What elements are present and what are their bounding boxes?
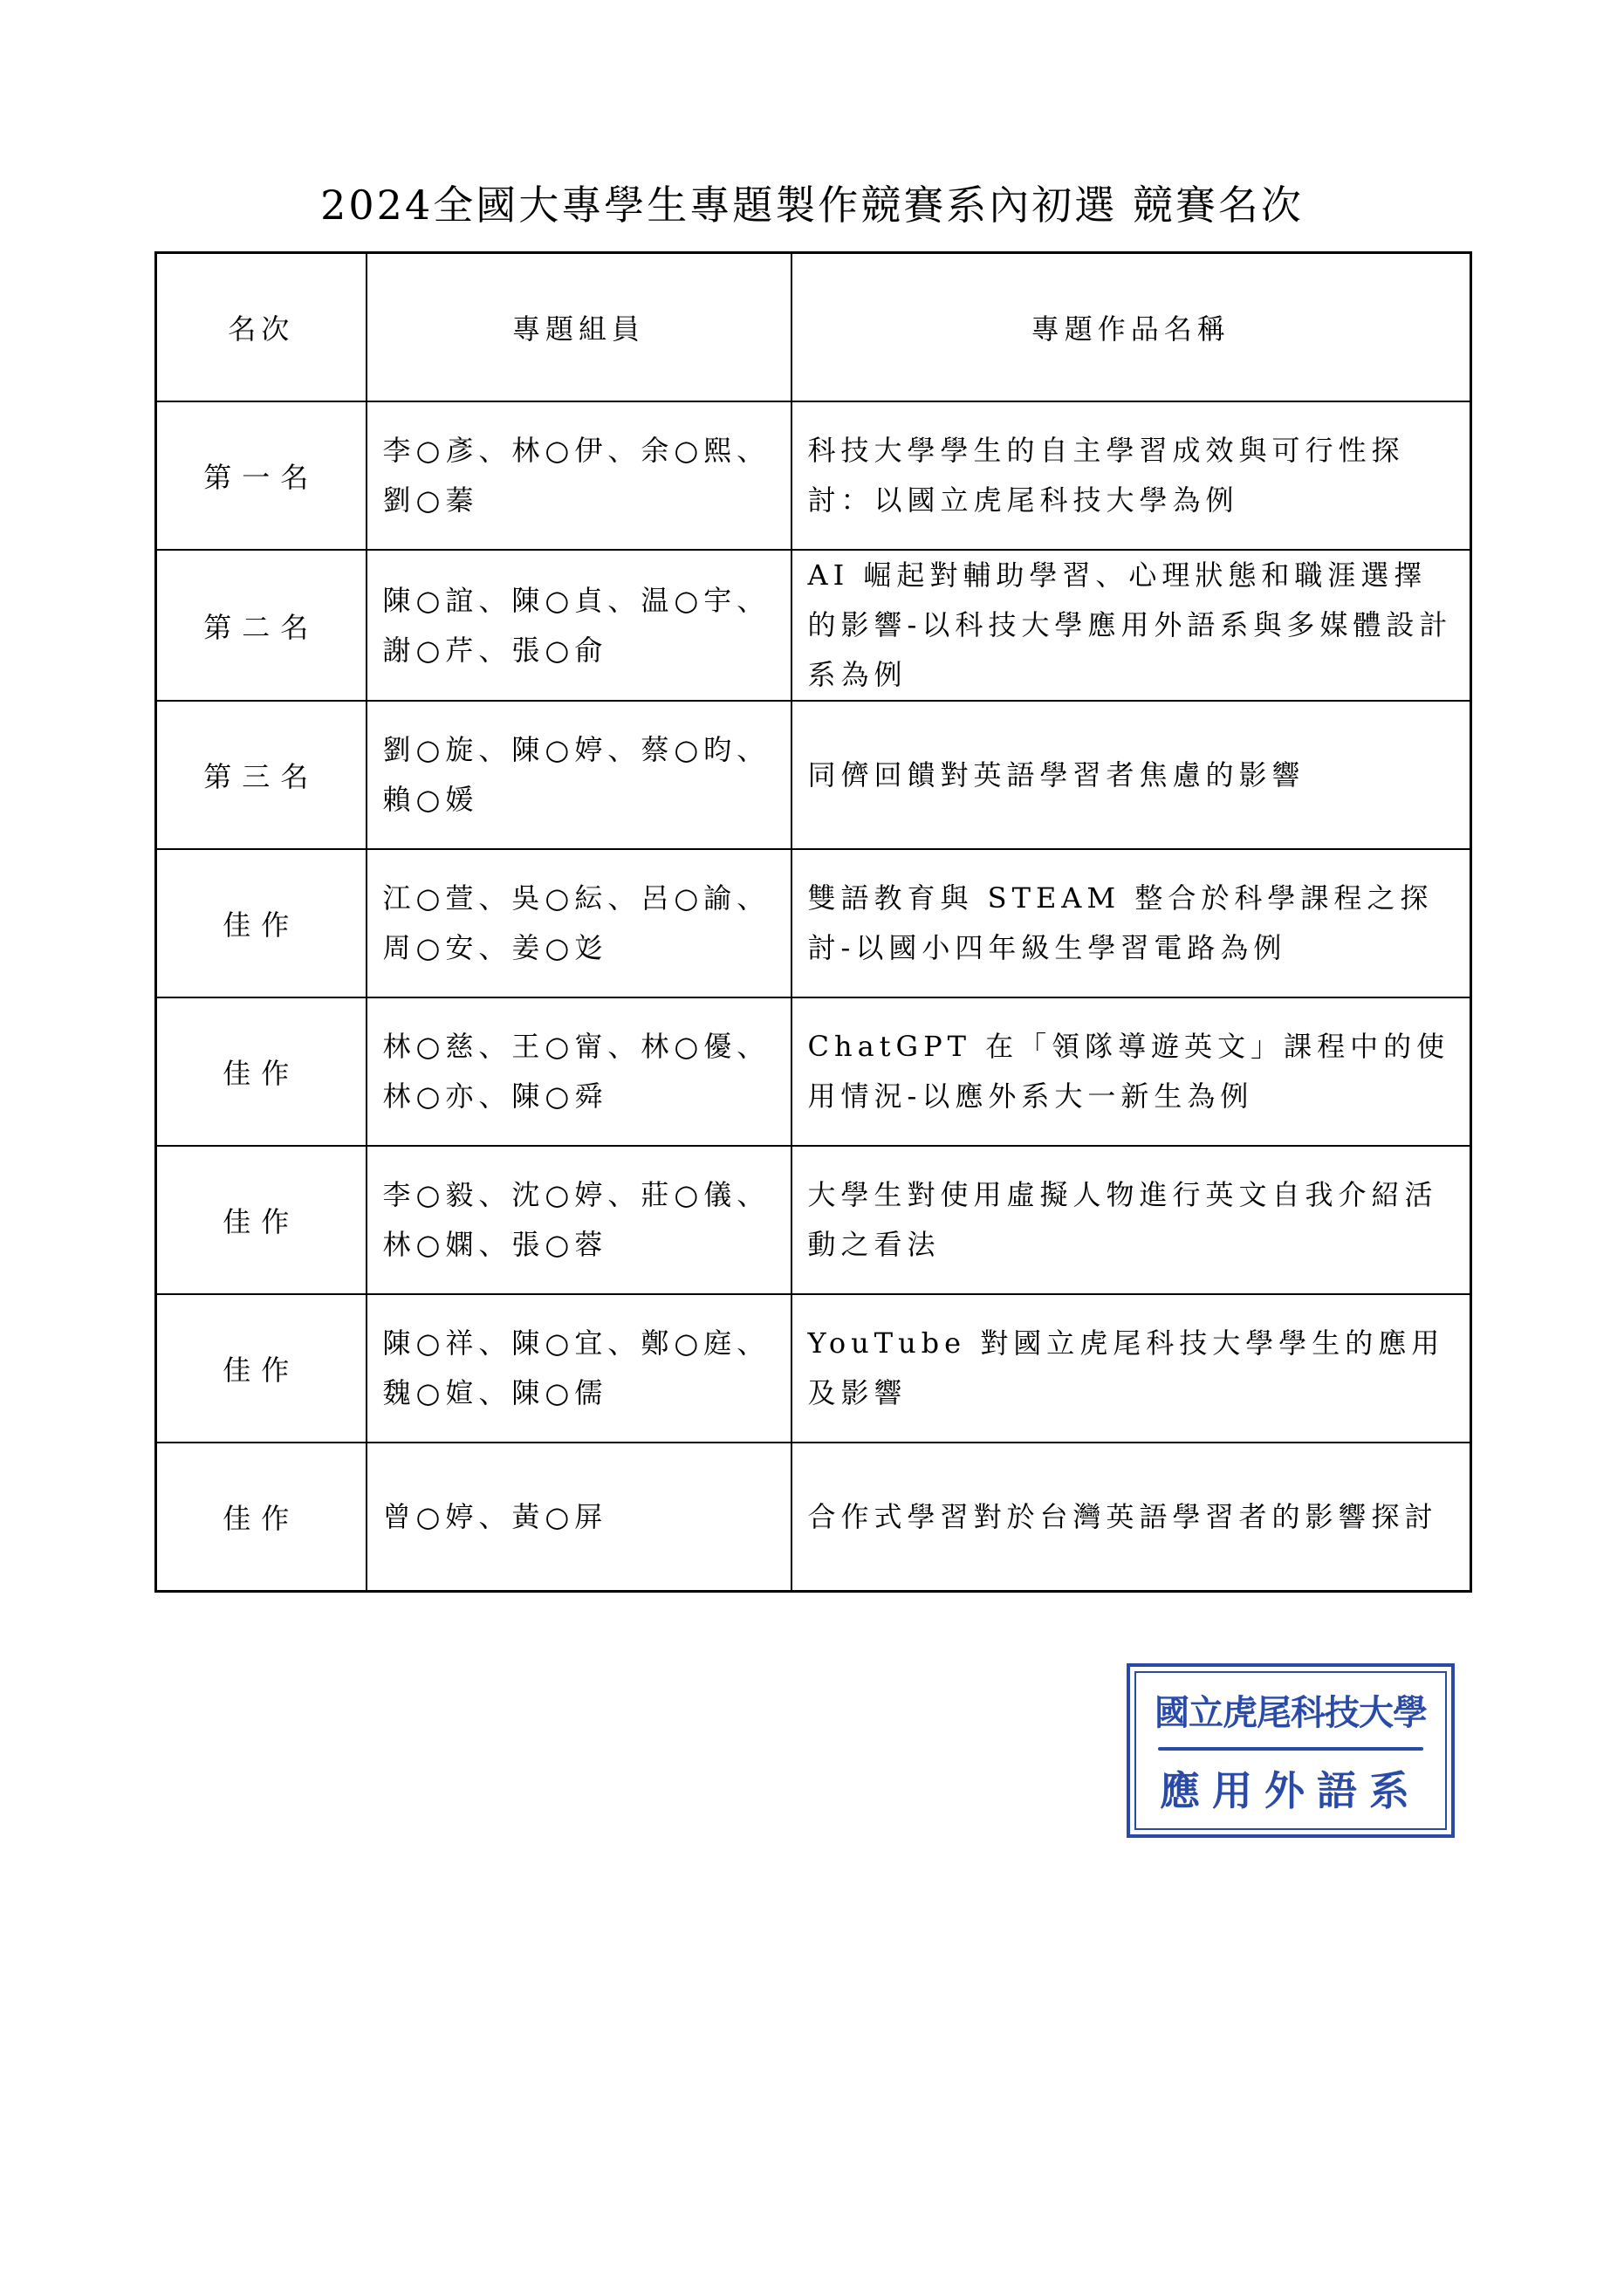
stamp-department-name: 應用外語系 [1160,1759,1422,1817]
members-cell: 林○慈、王○甯、林○優、林○亦、陳○舜 [367,997,791,1146]
members-cell: 李○毅、沈○婷、莊○儀、林○嫻、張○蓉 [367,1146,791,1294]
project-cell: YouTube 對國立虎尾科技大學學生的應用及影響 [791,1294,1471,1443]
table-row: 第一名 李○彥、林○伊、余○熙、劉○蓁 科技大學學生的自主學習成效與可行性探討：… [156,401,1471,550]
table-row: 佳作 陳○祥、陳○宜、鄭○庭、魏○媗、陳○儒 YouTube 對國立虎尾科技大學… [156,1294,1471,1443]
table-row: 佳作 曾○婷、黃○屏 合作式學習對於台灣英語學習者的影響探討 [156,1443,1471,1592]
project-cell: 同儕回饋對英語學習者焦慮的影響 [791,701,1471,849]
project-cell: AI 崛起對輔助學習、心理狀態和職涯選擇的影響-以科技大學應用外語系與多媒體設計… [791,550,1471,701]
rank-cell: 佳作 [156,849,367,997]
members-cell: 陳○誼、陳○貞、温○宇、謝○芹、張○俞 [367,550,791,701]
project-cell: 科技大學學生的自主學習成效與可行性探討：以國立虎尾科技大學為例 [791,401,1471,550]
table-row: 第二名 陳○誼、陳○貞、温○宇、謝○芹、張○俞 AI 崛起對輔助學習、心理狀態和… [156,550,1471,701]
table-row: 第三名 劉○旋、陳○婷、蔡○昀、賴○媛 同儕回饋對英語學習者焦慮的影響 [156,701,1471,849]
rank-cell: 佳作 [156,1294,367,1443]
table-row: 佳作 林○慈、王○甯、林○優、林○亦、陳○舜 ChatGPT 在「領隊導遊英文」… [156,997,1471,1146]
project-cell: 雙語教育與 STEAM 整合於科學課程之探討-以國小四年級生學習電路為例 [791,849,1471,997]
header-rank: 名次 [156,253,367,402]
document-title: 2024全國大專學生專題製作競賽系內初選 競賽名次 [0,175,1624,236]
table-header-row: 名次 專題組員 專題作品名稱 [156,253,1471,402]
rank-cell: 佳作 [156,1443,367,1592]
results-table: 名次 專題組員 專題作品名稱 第一名 李○彥、林○伊、余○熙、劉○蓁 科技大學學… [154,251,1472,1593]
members-cell: 劉○旋、陳○婷、蔡○昀、賴○媛 [367,701,791,849]
rank-cell: 第二名 [156,550,367,701]
stamp-inner-frame: 國立虎尾科技大學 應用外語系 [1134,1671,1447,1830]
table-row: 佳作 江○萱、吳○紜、呂○諭、周○安、姜○彣 雙語教育與 STEAM 整合於科學… [156,849,1471,997]
members-cell: 李○彥、林○伊、余○熙、劉○蓁 [367,401,791,550]
members-cell: 江○萱、吳○紜、呂○諭、周○安、姜○彣 [367,849,791,997]
rank-cell: 第一名 [156,401,367,550]
rank-cell: 佳作 [156,1146,367,1294]
table-row: 佳作 李○毅、沈○婷、莊○儀、林○嫻、張○蓉 大學生對使用虛擬人物進行英文自我介… [156,1146,1471,1294]
members-cell: 曾○婷、黃○屏 [367,1443,791,1592]
project-cell: ChatGPT 在「領隊導遊英文」課程中的使用情況-以應外系大一新生為例 [791,997,1471,1146]
stamp-university-name: 國立虎尾科技大學 [1155,1685,1427,1735]
rank-cell: 佳作 [156,997,367,1146]
header-project: 專題作品名稱 [791,253,1471,402]
department-seal-stamp: 國立虎尾科技大學 應用外語系 [1127,1663,1455,1838]
stamp-divider [1158,1747,1423,1751]
project-cell: 合作式學習對於台灣英語學習者的影響探討 [791,1443,1471,1592]
project-cell: 大學生對使用虛擬人物進行英文自我介紹活動之看法 [791,1146,1471,1294]
rank-cell: 第三名 [156,701,367,849]
members-cell: 陳○祥、陳○宜、鄭○庭、魏○媗、陳○儒 [367,1294,791,1443]
header-members: 專題組員 [367,253,791,402]
